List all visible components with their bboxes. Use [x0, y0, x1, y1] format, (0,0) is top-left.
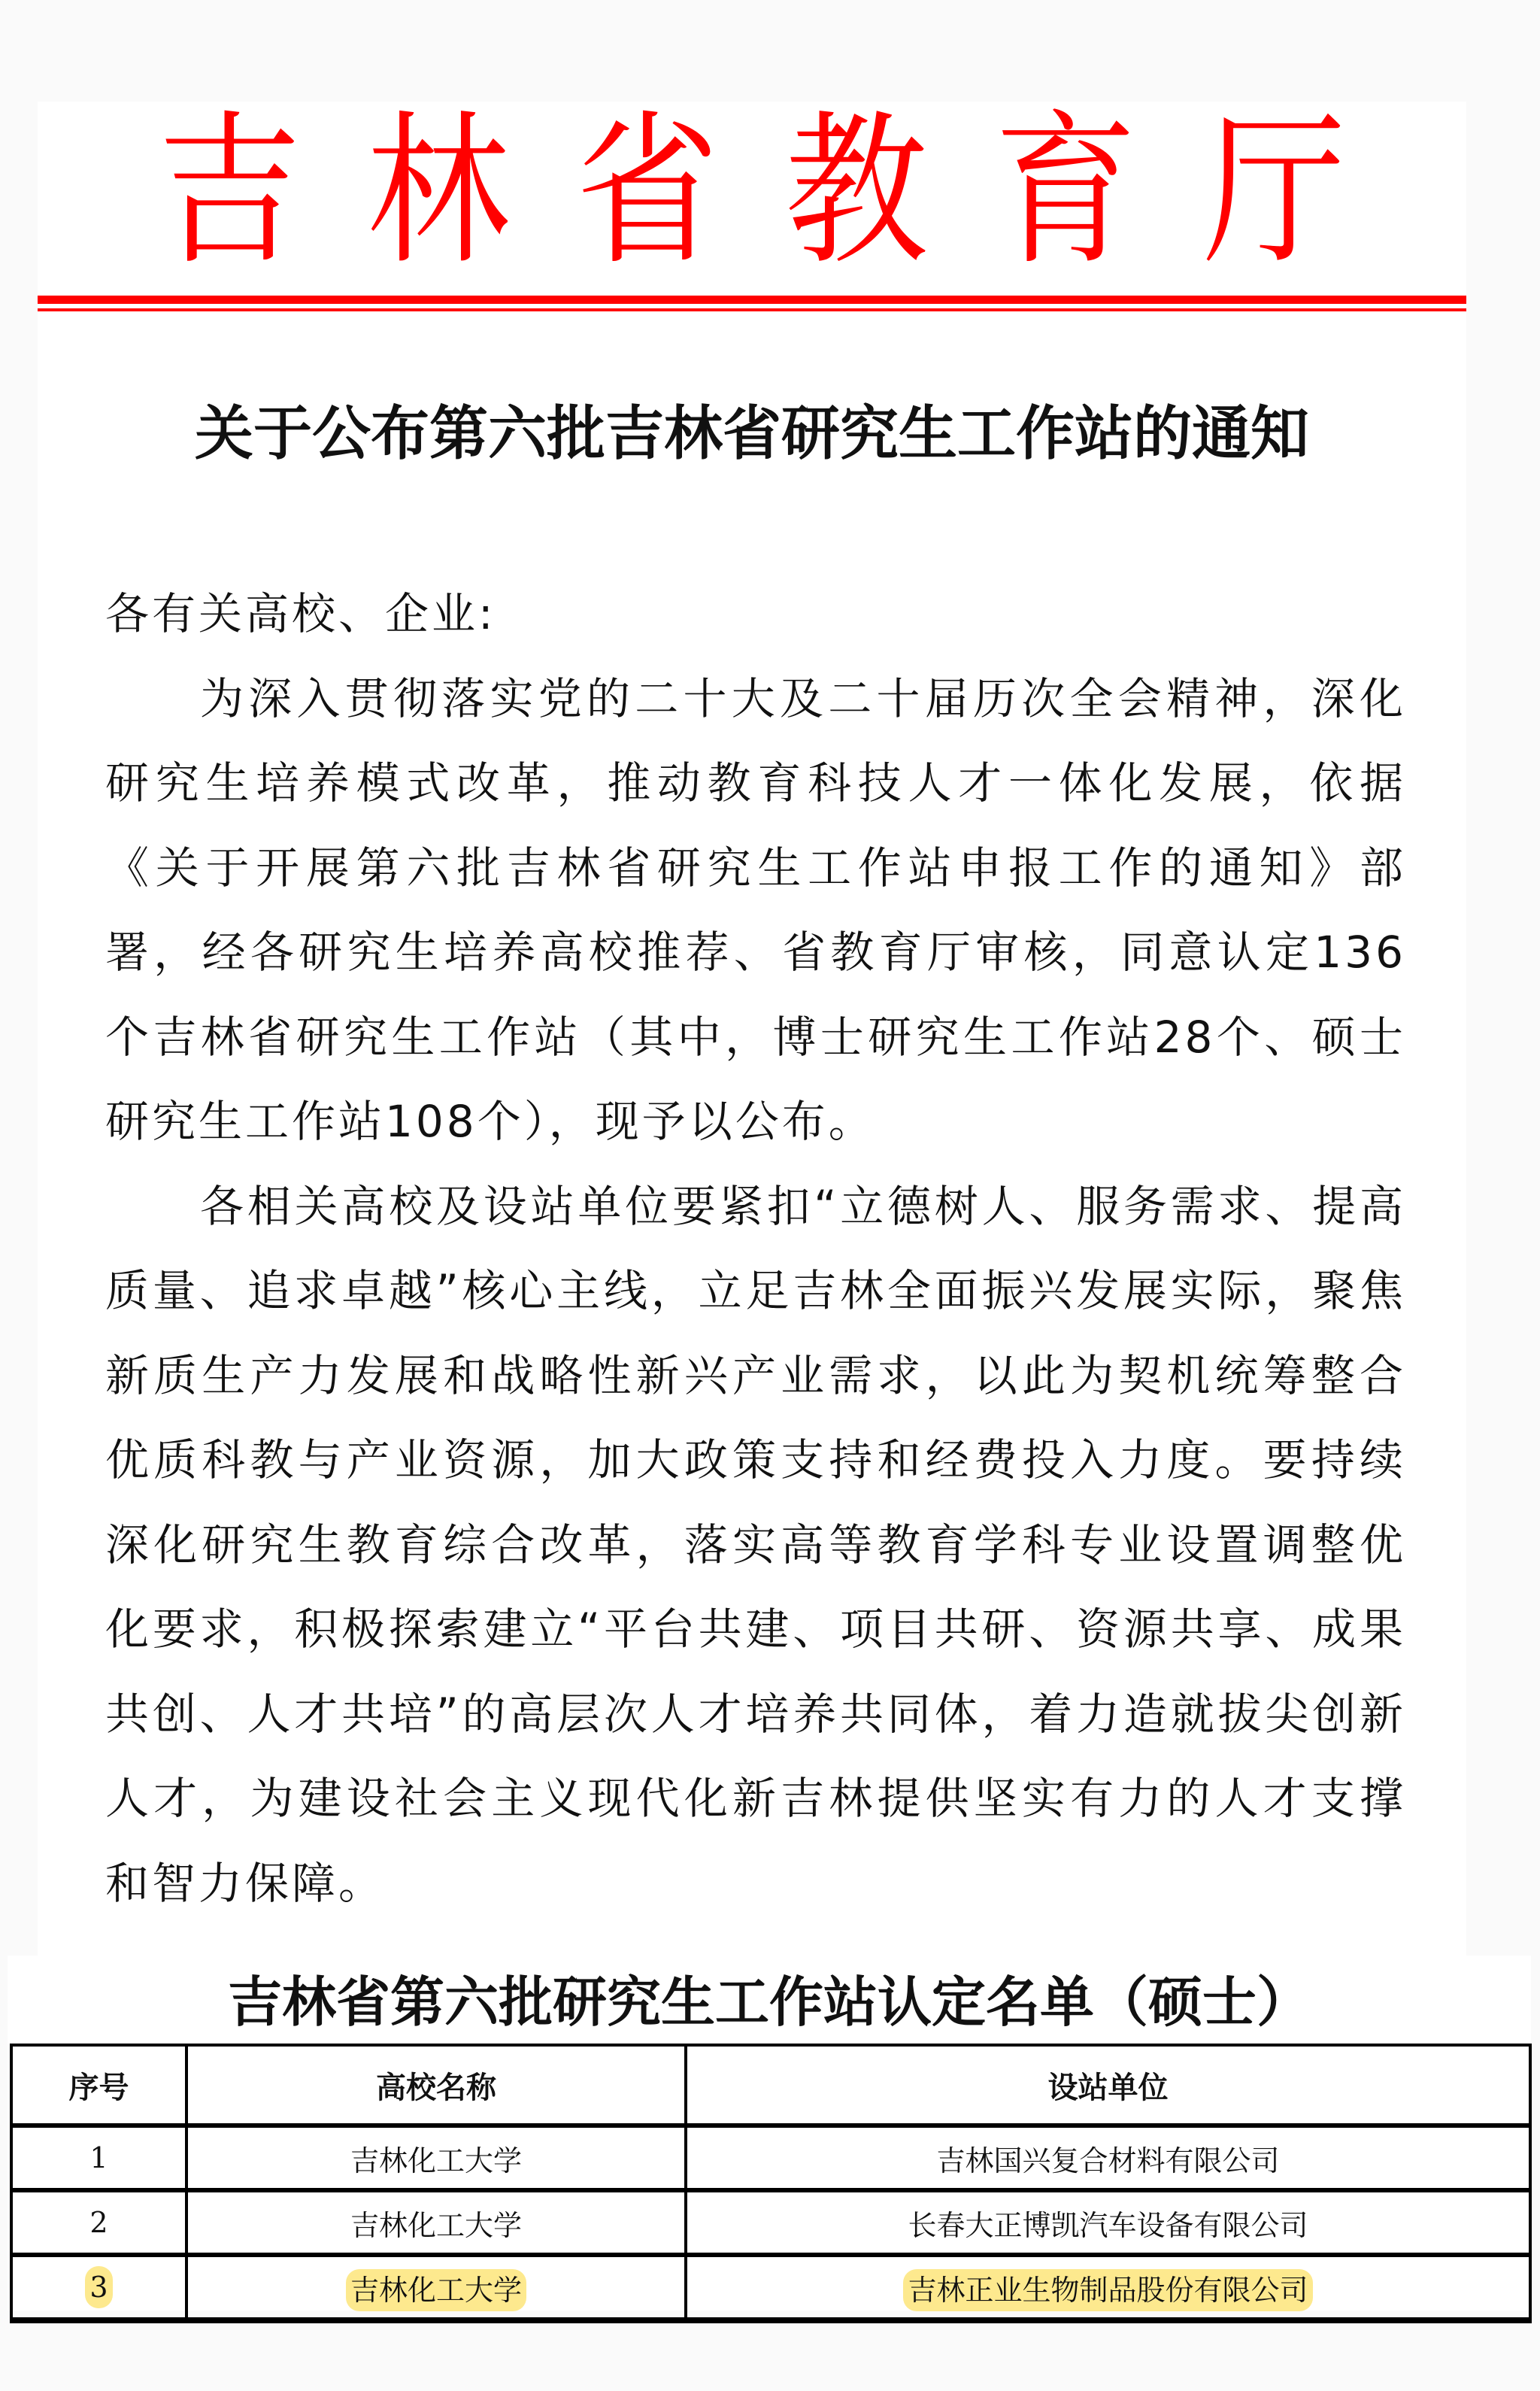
column-header-university: 高校名称: [186, 2045, 686, 2126]
table-row: 2 吉林化工大学 长春大正博凯汽车设备有限公司: [11, 2190, 1530, 2255]
row-station-cell: 吉林正业生物制品股份有限公司: [686, 2255, 1530, 2320]
table-row-highlighted: 3 吉林化工大学 吉林正业生物制品股份有限公司: [11, 2255, 1530, 2320]
row-university: 吉林化工大学: [186, 2126, 686, 2190]
row-station: 吉林国兴复合材料有限公司: [686, 2126, 1530, 2190]
row-station: 长春大正博凯汽车设备有限公司: [686, 2190, 1530, 2255]
column-header-index: 序号: [11, 2045, 186, 2126]
paragraph-1: 为深入贯彻落实党的二十大及二十届历次全会精神，深化研究生培养模式改革，推动教育科…: [105, 657, 1406, 1164]
document-body: 各有关高校、企业: 为深入贯彻落实党的二十大及二十届历次全会精神，深化研究生培养…: [105, 572, 1406, 1925]
row-station: 吉林正业生物制品股份有限公司: [903, 2269, 1312, 2311]
letterhead-divider-thin: [38, 308, 1466, 311]
row-index: 3: [85, 2266, 112, 2308]
column-header-station: 设站单位: [686, 2045, 1530, 2126]
station-list-table: 序号 高校名称 设站单位 1 吉林化工大学 吉林国兴复合材料有限公司 2 吉林化…: [10, 2044, 1532, 2323]
table-header-row: 序号 高校名称 设站单位: [11, 2045, 1530, 2126]
paragraph-2: 各相关高校及设站单位要紧扣“立德树人、服务需求、提高质量、追求卓越”核心主线，立…: [105, 1164, 1406, 1926]
list-title: 吉林省第六批研究生工作站认定名单（硕士）: [8, 1965, 1531, 2040]
row-index: 1: [11, 2126, 186, 2190]
letterhead-divider-thick: [38, 296, 1466, 304]
letterhead: 吉林省教育厅: [38, 102, 1466, 282]
document-title: 关于公布第六批吉林省研究生工作站的通知: [38, 393, 1466, 475]
organization-name: 吉林省教育厅: [158, 110, 1412, 275]
row-university: 吉林化工大学: [186, 2190, 686, 2255]
row-index: 2: [11, 2190, 186, 2255]
row-university-cell: 吉林化工大学: [186, 2255, 686, 2320]
salutation: 各有关高校、企业:: [105, 572, 1406, 657]
table-row: 1 吉林化工大学 吉林国兴复合材料有限公司: [11, 2126, 1530, 2190]
row-university: 吉林化工大学: [346, 2269, 526, 2311]
row-index-cell: 3: [11, 2255, 186, 2320]
